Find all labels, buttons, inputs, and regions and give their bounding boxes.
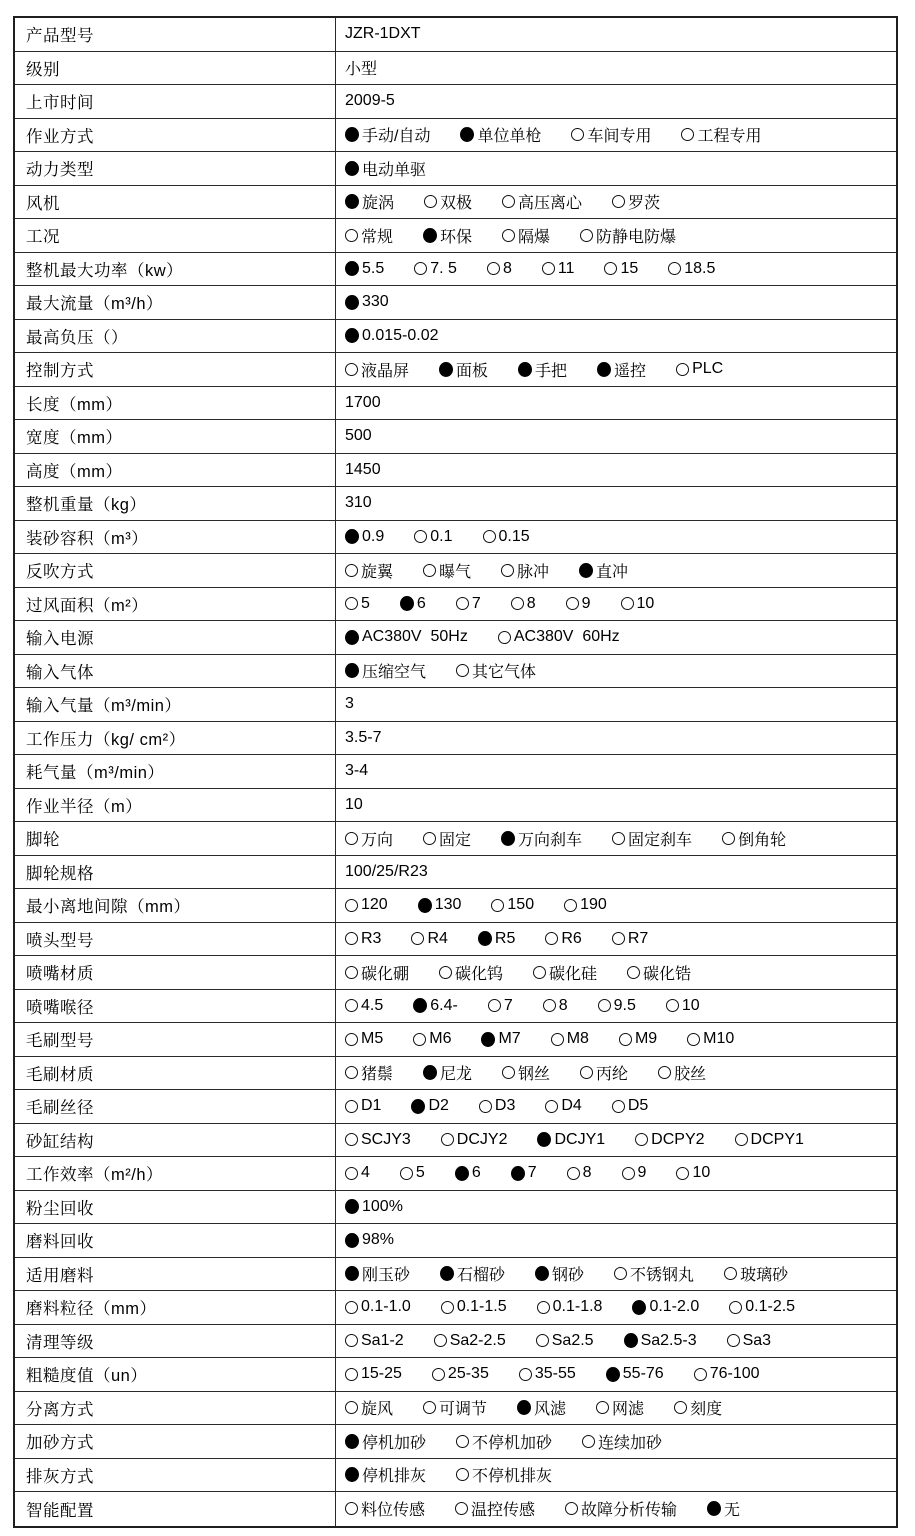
option-label: 15-25 [361, 1365, 402, 1383]
option-label: 固定 [439, 827, 471, 850]
table-row: 高度（mm） 1450 [15, 454, 896, 488]
radio-empty-icon [439, 966, 452, 979]
radio-filled-icon [478, 931, 492, 946]
radio-empty-icon [483, 530, 496, 543]
option-label: 面板 [456, 358, 488, 381]
option-unselected: 罗茨 [612, 190, 660, 213]
spec-label: 产品型号 [15, 18, 336, 51]
table-row: 输入气体 压缩空气其它气体 [15, 655, 896, 689]
option-label: 电动单驱 [362, 157, 426, 180]
option-unselected: R6 [545, 930, 581, 948]
option-label: 防静电防爆 [596, 224, 676, 247]
radio-empty-icon [434, 1334, 447, 1347]
radio-empty-icon [542, 262, 555, 275]
radio-empty-icon [580, 1066, 593, 1079]
option-unselected: 其它气体 [456, 659, 536, 682]
spec-label: 工作压力（kg/ cm²） [15, 722, 336, 755]
option-label: 7 [504, 997, 513, 1015]
option-selected: 手动/自动 [345, 123, 430, 146]
option-unselected: DCPY2 [635, 1131, 704, 1149]
option-label: 罗茨 [628, 190, 660, 213]
table-row: 控制方式 液晶屏面板手把遥控PLC [15, 353, 896, 387]
option-label: 连续加砂 [598, 1430, 662, 1453]
spec-value: 压缩空气其它气体 [336, 655, 896, 688]
option-unselected: 18.5 [668, 260, 715, 278]
option-label: 尼龙 [440, 1061, 472, 1084]
radio-empty-icon [487, 262, 500, 275]
option-label: 6 [417, 595, 426, 613]
spec-label: 耗气量（m³/min） [15, 755, 336, 788]
table-row: 喷嘴喉径 4.56.4-789.510 [15, 990, 896, 1024]
value-text: 3-4 [345, 762, 368, 780]
option-label: 10 [682, 997, 700, 1015]
table-row: 作业半径（m） 10 [15, 789, 896, 823]
value-text: 1450 [345, 461, 381, 479]
option-unselected: 0.1-1.8 [537, 1298, 603, 1316]
option-unselected: 0.1-1.0 [345, 1298, 411, 1316]
radio-empty-icon [345, 999, 358, 1012]
option-unselected: 常规 [345, 224, 393, 247]
radio-empty-icon [622, 1167, 635, 1180]
radio-empty-icon [479, 1100, 492, 1113]
option-label: D2 [428, 1097, 448, 1115]
option-label: 9 [582, 595, 591, 613]
radio-empty-icon [619, 1033, 632, 1046]
option-label: 环保 [440, 224, 472, 247]
radio-empty-icon [658, 1066, 671, 1079]
value-text: 10 [345, 796, 363, 814]
option-unselected: D4 [545, 1097, 581, 1115]
option-unselected: DCPY1 [735, 1131, 804, 1149]
table-row: 级别 小型 [15, 52, 896, 86]
radio-empty-icon [571, 128, 584, 141]
spec-label: 作业方式 [15, 119, 336, 152]
table-row: 作业方式 手动/自动单位单枪车间专用工程专用 [15, 119, 896, 153]
table-row: 分离方式 旋风可调节风滤网滤刻度 [15, 1392, 896, 1426]
option-unselected: 150 [491, 896, 534, 914]
spec-value: AC380V 50HzAC380V 60Hz [336, 621, 896, 654]
spec-value: 5678910 [336, 588, 896, 621]
option-unselected: 11 [542, 260, 575, 278]
option-unselected: M9 [619, 1030, 657, 1048]
spec-value: R3R4R5R6R7 [336, 923, 896, 956]
spec-label: 砂缸结构 [15, 1124, 336, 1157]
option-label: 碳化钨 [455, 961, 503, 984]
option-unselected: 0.1-2.5 [729, 1298, 795, 1316]
radio-empty-icon [543, 999, 556, 1012]
radio-empty-icon [345, 1167, 358, 1180]
spec-value: 刚玉砂石榴砂钢砂不锈钢丸玻璃砂 [336, 1258, 896, 1291]
spec-label: 毛刷丝径 [15, 1090, 336, 1123]
option-label: 压缩空气 [362, 659, 426, 682]
spec-label: 上市时间 [15, 85, 336, 118]
option-unselected: 25-35 [432, 1365, 489, 1383]
option-unselected: 9 [622, 1164, 647, 1182]
spec-value: 3 [336, 688, 896, 721]
option-unselected: 8 [487, 260, 512, 278]
spec-label: 最大流量（m³/h） [15, 286, 336, 319]
option-selected: 压缩空气 [345, 659, 426, 682]
radio-empty-icon [666, 999, 679, 1012]
radio-empty-icon [668, 262, 681, 275]
radio-empty-icon [533, 966, 546, 979]
option-label: 工程专用 [697, 123, 761, 146]
radio-empty-icon [423, 564, 436, 577]
option-label: 5.5 [362, 260, 384, 278]
option-selected: 风滤 [517, 1396, 566, 1419]
option-label: 11 [558, 260, 575, 278]
option-unselected: Sa2-2.5 [434, 1332, 506, 1350]
radio-empty-icon [536, 1334, 549, 1347]
table-row: 动力类型 电动单驱 [15, 152, 896, 186]
option-label: 0.1-1.8 [553, 1298, 603, 1316]
radio-empty-icon [345, 1066, 358, 1079]
option-unselected: 不停机排灰 [456, 1463, 552, 1486]
radio-empty-icon [456, 664, 469, 677]
option-label: 高压离心 [518, 190, 582, 213]
table-row: 产品型号 JZR-1DXT [15, 18, 896, 52]
radio-empty-icon [627, 966, 640, 979]
value-text: JZR-1DXT [345, 25, 421, 43]
option-unselected: 9.5 [598, 997, 636, 1015]
spec-value: 10 [336, 789, 896, 822]
radio-filled-icon [707, 1501, 721, 1516]
option-label: 98% [362, 1231, 394, 1249]
option-selected: 6 [400, 595, 426, 613]
spec-label: 风机 [15, 186, 336, 219]
radio-empty-icon [687, 1033, 700, 1046]
spec-label: 磨料回收 [15, 1224, 336, 1257]
radio-filled-icon [624, 1333, 638, 1348]
option-label: D1 [361, 1097, 381, 1115]
option-selected: 100% [345, 1198, 403, 1216]
option-selected: 55-76 [606, 1365, 664, 1383]
table-row: 适用磨料 刚玉砂石榴砂钢砂不锈钢丸玻璃砂 [15, 1258, 896, 1292]
option-unselected: 不停机加砂 [456, 1430, 552, 1453]
table-row: 最小离地间隙（mm） 120130150190 [15, 889, 896, 923]
option-selected: 石榴砂 [440, 1262, 505, 1285]
radio-filled-icon [345, 1233, 359, 1248]
option-label: 无 [724, 1497, 740, 1520]
option-label: 石榴砂 [457, 1262, 505, 1285]
option-label: SCJY3 [361, 1131, 411, 1149]
option-label: 8 [583, 1164, 592, 1182]
radio-filled-icon [632, 1300, 646, 1315]
table-row: 输入电源 AC380V 50HzAC380V 60Hz [15, 621, 896, 655]
option-selected: 单位单枪 [460, 123, 541, 146]
table-row: 工况 常规环保隔爆防静电防爆 [15, 219, 896, 253]
option-selected: 面板 [439, 358, 488, 381]
radio-filled-icon [423, 1065, 437, 1080]
spec-value: 万向固定万向刹车固定刹车倒角轮 [336, 822, 896, 855]
radio-filled-icon [535, 1266, 549, 1281]
radio-empty-icon [345, 229, 358, 242]
option-label: 遥控 [614, 358, 646, 381]
option-label: 料位传感 [361, 1497, 425, 1520]
option-label: D3 [495, 1097, 515, 1115]
spec-value: 电动单驱 [336, 152, 896, 185]
option-unselected: 刻度 [674, 1396, 722, 1419]
spec-label: 输入电源 [15, 621, 336, 654]
option-unselected: 旋翼 [345, 559, 393, 582]
option-label: M5 [361, 1030, 383, 1048]
radio-filled-icon [345, 328, 359, 343]
option-label: 120 [361, 896, 388, 914]
option-label: AC380V 60Hz [514, 628, 620, 646]
option-label: 钢丝 [518, 1061, 550, 1084]
option-label: 猪鬃 [361, 1061, 393, 1084]
option-unselected: PLC [676, 360, 723, 378]
value-text: 3 [345, 695, 354, 713]
radio-empty-icon [498, 631, 511, 644]
spec-label: 工况 [15, 219, 336, 252]
radio-empty-icon [722, 832, 735, 845]
option-label: M6 [429, 1030, 451, 1048]
option-unselected: 9 [566, 595, 591, 613]
radio-empty-icon [345, 1502, 358, 1515]
option-selected: D2 [411, 1097, 448, 1115]
spec-value: D1D2D3D4D5 [336, 1090, 896, 1123]
radio-filled-icon [400, 596, 414, 611]
spec-label: 整机最大功率（kw） [15, 253, 336, 286]
option-label: 8 [527, 595, 536, 613]
radio-filled-icon [511, 1166, 525, 1181]
option-unselected: 0.1-1.5 [441, 1298, 507, 1316]
option-unselected: 液晶屏 [345, 358, 409, 381]
option-label: 15 [620, 260, 638, 278]
radio-empty-icon [423, 832, 436, 845]
radio-filled-icon [606, 1367, 620, 1382]
option-unselected: 车间专用 [571, 123, 651, 146]
option-label: 150 [507, 896, 534, 914]
option-selected: 手把 [518, 358, 567, 381]
option-label: Sa3 [743, 1332, 771, 1350]
option-label: DCPY1 [751, 1131, 804, 1149]
option-unselected: 曝气 [423, 559, 471, 582]
radio-empty-icon [424, 195, 437, 208]
option-label: 直冲 [596, 559, 628, 582]
table-row: 风机 旋涡双极高压离心罗茨 [15, 186, 896, 220]
option-unselected: 8 [543, 997, 568, 1015]
radio-empty-icon [545, 1100, 558, 1113]
option-label: 10 [637, 595, 655, 613]
table-row: 喷嘴材质 碳化硼碳化钨碳化硅碳化锆 [15, 956, 896, 990]
option-selected: 98% [345, 1231, 394, 1249]
spec-value: Sa1-2Sa2-2.5Sa2.5Sa2.5-3Sa3 [336, 1325, 896, 1358]
radio-empty-icon [345, 1368, 358, 1381]
option-label: 7. 5 [430, 260, 457, 278]
option-label: 4 [361, 1164, 370, 1182]
option-unselected: 故障分析传输 [565, 1497, 677, 1520]
radio-filled-icon [579, 563, 593, 578]
option-unselected: 4.5 [345, 997, 383, 1015]
option-unselected: R3 [345, 930, 381, 948]
option-label: 曝气 [439, 559, 471, 582]
option-unselected: 固定刹车 [612, 827, 692, 850]
value-text: 1700 [345, 394, 381, 412]
radio-empty-icon [501, 564, 514, 577]
option-label: 7 [472, 595, 481, 613]
option-unselected: 倒角轮 [722, 827, 786, 850]
radio-empty-icon [694, 1368, 707, 1381]
option-unselected: 5 [345, 595, 370, 613]
option-label: 6 [472, 1164, 481, 1182]
spec-value: 0.90.10.15 [336, 521, 896, 554]
radio-empty-icon [456, 1468, 469, 1481]
table-row: 过风面积（m²） 5678910 [15, 588, 896, 622]
option-unselected: 10 [621, 595, 655, 613]
spec-label: 粗糙度值（un） [15, 1358, 336, 1391]
option-label: Sa1-2 [361, 1332, 404, 1350]
option-unselected: 温控传感 [455, 1497, 535, 1520]
radio-empty-icon [414, 530, 427, 543]
spec-value: 停机加砂不停机加砂连续加砂 [336, 1425, 896, 1458]
option-label: 5 [361, 595, 370, 613]
radio-empty-icon [400, 1167, 413, 1180]
table-row: 排灰方式 停机排灰不停机排灰 [15, 1459, 896, 1493]
option-label: 碳化硅 [549, 961, 597, 984]
table-row: 毛刷型号 M5M6M7M8M9M10 [15, 1023, 896, 1057]
radio-filled-icon [460, 127, 474, 142]
option-label: R6 [561, 930, 581, 948]
radio-filled-icon [345, 1199, 359, 1214]
spec-value: 1450 [336, 454, 896, 487]
option-label: Sa2-2.5 [450, 1332, 506, 1350]
option-label: D4 [561, 1097, 581, 1115]
spec-label: 工作效率（m²/h） [15, 1157, 336, 1190]
spec-value: 98% [336, 1224, 896, 1257]
spec-value: JZR-1DXT [336, 18, 896, 51]
radio-empty-icon [582, 1435, 595, 1448]
option-label: 万向刹车 [518, 827, 582, 850]
option-selected: 万向刹车 [501, 827, 582, 850]
radio-empty-icon [545, 932, 558, 945]
option-unselected: 15-25 [345, 1365, 402, 1383]
spec-label: 适用磨料 [15, 1258, 336, 1291]
option-label: 0.15 [499, 528, 530, 546]
option-label: M8 [567, 1030, 589, 1048]
table-row: 上市时间 2009-5 [15, 85, 896, 119]
option-unselected: Sa1-2 [345, 1332, 404, 1350]
option-unselected: R4 [411, 930, 447, 948]
spec-label: 脚轮规格 [15, 856, 336, 889]
option-label: Sa2.5 [552, 1332, 594, 1350]
spec-value: 料位传感温控传感故障分析传输无 [336, 1492, 896, 1526]
option-unselected: 7 [488, 997, 513, 1015]
option-label: 旋涡 [362, 190, 394, 213]
option-label: 330 [362, 293, 389, 311]
table-row: 宽度（mm） 500 [15, 420, 896, 454]
radio-empty-icon [345, 564, 358, 577]
table-row: 喷头型号 R3R4R5R6R7 [15, 923, 896, 957]
table-row: 磨料回收 98% [15, 1224, 896, 1258]
spec-label: 作业半径（m） [15, 789, 336, 822]
radio-filled-icon [418, 898, 432, 913]
spec-value: 0.1-1.00.1-1.50.1-1.80.1-2.00.1-2.5 [336, 1291, 896, 1324]
spec-value: 猪鬃尼龙钢丝丙纶胶丝 [336, 1057, 896, 1090]
option-unselected: SCJY3 [345, 1131, 411, 1149]
radio-empty-icon [411, 932, 424, 945]
option-label: 车间专用 [587, 123, 651, 146]
option-label: 130 [435, 896, 462, 914]
option-unselected: 5 [400, 1164, 425, 1182]
option-label: 碳化硼 [361, 961, 409, 984]
value-text: 310 [345, 494, 372, 512]
option-label: 常规 [361, 224, 393, 247]
option-unselected: Sa2.5 [536, 1332, 594, 1350]
spec-value: 停机排灰不停机排灰 [336, 1459, 896, 1492]
option-unselected: 碳化硅 [533, 961, 597, 984]
value-text: 小型 [345, 56, 377, 79]
spec-value: 小型 [336, 52, 896, 85]
table-row: 整机最大功率（kw） 5.57. 58111518.5 [15, 253, 896, 287]
option-label: DCJY1 [554, 1131, 605, 1149]
option-unselected: 76-100 [694, 1365, 760, 1383]
radio-empty-icon [456, 597, 469, 610]
option-unselected: 旋风 [345, 1396, 393, 1419]
option-unselected: 0.1 [414, 528, 452, 546]
table-row: 脚轮 万向固定万向刹车固定刹车倒角轮 [15, 822, 896, 856]
spec-label: 最高负压（） [15, 320, 336, 353]
table-row: 毛刷丝径 D1D2D3D4D5 [15, 1090, 896, 1124]
option-label: 旋翼 [361, 559, 393, 582]
option-label: 单位单枪 [477, 123, 541, 146]
option-label: 固定刹车 [628, 827, 692, 850]
spec-value: 5.57. 58111518.5 [336, 253, 896, 286]
radio-filled-icon [345, 295, 359, 310]
radio-filled-icon [537, 1132, 551, 1147]
spec-value: 330 [336, 286, 896, 319]
radio-empty-icon [598, 999, 611, 1012]
option-label: 190 [580, 896, 607, 914]
radio-empty-icon [580, 229, 593, 242]
spec-label: 毛刷型号 [15, 1023, 336, 1056]
option-label: 35-55 [535, 1365, 576, 1383]
radio-empty-icon [729, 1301, 742, 1314]
option-label: M7 [498, 1030, 520, 1048]
radio-filled-icon [518, 362, 532, 377]
option-label: 55-76 [623, 1365, 664, 1383]
option-unselected: 7 [456, 595, 481, 613]
table-row: 砂缸结构 SCJY3DCJY2DCJY1DCPY2DCPY1 [15, 1124, 896, 1158]
radio-empty-icon [519, 1368, 532, 1381]
radio-empty-icon [345, 932, 358, 945]
option-unselected: 双极 [424, 190, 472, 213]
radio-empty-icon [345, 1301, 358, 1314]
option-unselected: 碳化钨 [439, 961, 503, 984]
radio-filled-icon [345, 127, 359, 142]
option-label: AC380V 50Hz [362, 628, 468, 646]
option-label: 风滤 [534, 1396, 566, 1419]
option-label: 碳化锆 [643, 961, 691, 984]
option-selected: Sa2.5-3 [624, 1332, 697, 1350]
spec-value: 4.56.4-789.510 [336, 990, 896, 1023]
option-unselected: 4 [345, 1164, 370, 1182]
option-label: 25-35 [448, 1365, 489, 1383]
option-label: 9 [638, 1164, 647, 1182]
spec-label: 反吹方式 [15, 554, 336, 587]
option-label: 0.1-1.5 [457, 1298, 507, 1316]
option-unselected: 固定 [423, 827, 471, 850]
radio-empty-icon [537, 1301, 550, 1314]
radio-filled-icon [439, 362, 453, 377]
option-label: 液晶屏 [361, 358, 409, 381]
option-unselected: 脉冲 [501, 559, 549, 582]
spec-label: 输入气体 [15, 655, 336, 688]
spec-value: 0.015-0.02 [336, 320, 896, 353]
radio-empty-icon [345, 966, 358, 979]
spec-table: 产品型号 JZR-1DXT 级别 小型 上市时间 2009-5 作业方式 手动/… [13, 16, 898, 1528]
